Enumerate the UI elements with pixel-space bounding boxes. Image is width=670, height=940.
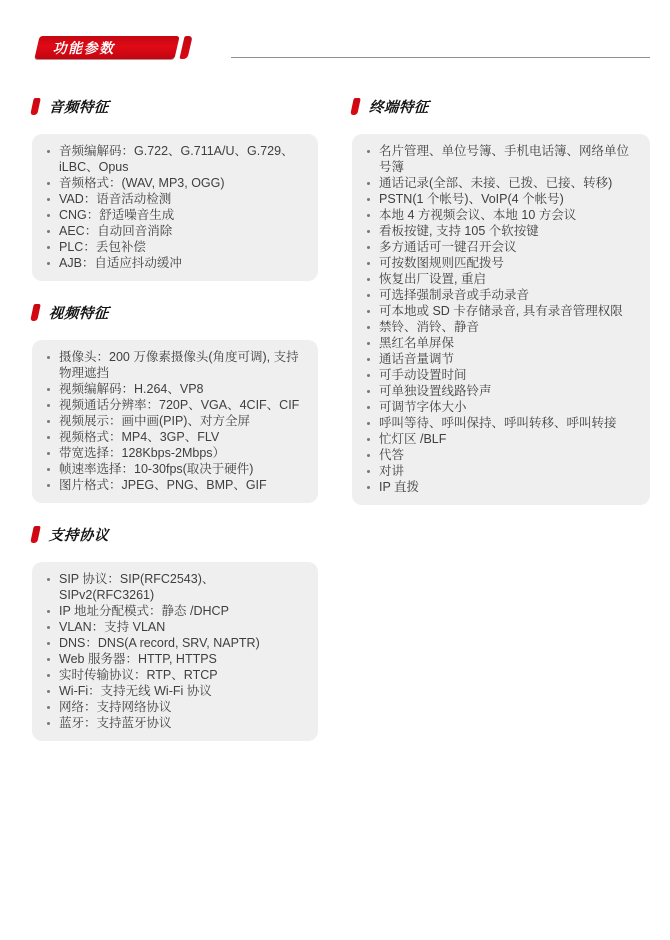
content-columns: 音频特征 音频编解码：G.722、G.711A/U、G.729、iLBC、Opu… [32,97,650,763]
header-divider [231,57,650,58]
page-title: 功能参数 [35,38,119,58]
section-terminal: 终端特征 名片管理、单位号簿、手机电话簿、网络单位号簿 [352,97,650,505]
bullet-icon [47,214,50,217]
bullet-icon [367,390,370,393]
list-item-text: 通话记录(全部、未接、已拨、已接、转移) [379,176,612,190]
list-item: 视频格式：MP4、3GP、FLV [44,429,306,445]
list-item: 音频格式：(WAV, MP3, OGG) [44,175,306,191]
bullet-icon [367,278,370,281]
list-item: 黑红名单屏保 [364,335,638,351]
bullet-icon [367,422,370,425]
bullet-icon [47,262,50,265]
video-feature-list: 摄像头：200 万像素摄像头(角度可调), 支持物理遮挡 视频编解码：H.264… [44,349,306,493]
section-title-protocol: 支持协议 [48,524,109,545]
list-item-text: Web 服务器：HTTP, HTTPS [59,652,217,666]
list-item-text: 可手动设置时间 [379,368,467,382]
list-item-text: 本地 4 方视频会议、本地 10 方会议 [379,208,576,222]
list-item-text: 可本地或 SD 卡存储录音, 具有录音管理权限 [379,304,623,318]
bullet-icon [47,642,50,645]
list-item: PSTN(1 个帐号)、VoIP(4 个帐号) [364,191,638,207]
banner-accent-icon [179,36,192,59]
red-bar-icon [30,526,41,543]
list-item: 带宽选择：128Kbps-2Mbps） [44,445,306,461]
bullet-icon [367,262,370,265]
list-item-text: AJB：自适应抖动缓冲 [59,256,182,270]
bullet-icon [367,182,370,185]
section-audio-header: 音频特征 [32,97,318,115]
list-item-text: 恢复出厂设置, 重启 [379,272,486,286]
list-item: 摄像头：200 万像素摄像头(角度可调), 支持物理遮挡 [44,349,306,381]
section-terminal-box: 名片管理、单位号簿、手机电话簿、网络单位号簿 通话记录(全部、未接、已拨、已接、… [352,134,650,505]
bullet-icon [47,182,50,185]
list-item: 呼叫等待、呼叫保持、呼叫转移、呼叫转接 [364,415,638,431]
bullet-icon [47,420,50,423]
bullet-icon [367,230,370,233]
bullet-icon [367,310,370,313]
bullet-icon [47,578,50,581]
list-item-text: 网络：支持网络协议 [59,700,172,714]
bullet-icon [47,198,50,201]
list-item-text: 代答 [379,448,404,462]
left-column: 音频特征 音频编解码：G.722、G.711A/U、G.729、iLBC、Opu… [32,97,318,763]
list-item-text: 图片格式：JPEG、PNG、BMP、GIF [59,478,267,492]
list-item-text: 蓝牙：支持蓝牙协议 [59,716,172,730]
list-item-text: 可单独设置线路铃声 [379,384,492,398]
list-item-text: 看板按键, 支持 105 个软按键 [379,224,539,238]
bullet-icon [367,486,370,489]
bullet-icon [47,150,50,153]
bullet-icon [367,438,370,441]
list-item-text: 视频格式：MP4、3GP、FLV [59,430,219,444]
list-item-text: VAD：语音活动检测 [59,192,171,206]
list-item: SIP 协议：SIP(RFC2543)、SIPv2(RFC3261) [44,571,306,603]
list-item-text: PLC：丢包补偿 [59,240,146,254]
list-item: 可手动设置时间 [364,367,638,383]
list-item: VLAN：支持 VLAN [44,619,306,635]
list-item-text: IP 直拨 [379,480,419,494]
bullet-icon [367,198,370,201]
list-item-text: AEC：自动回音消除 [59,224,172,238]
section-protocol-header: 支持协议 [32,525,318,543]
bullet-icon [47,246,50,249]
section-title-audio: 音频特征 [48,96,109,117]
bullet-icon [367,454,370,457]
section-protocol-box: SIP 协议：SIP(RFC2543)、SIPv2(RFC3261) IP 地址… [32,562,318,741]
list-item: 对讲 [364,463,638,479]
bullet-icon [47,626,50,629]
list-item: 帧速率选择：10-30fps(取决于硬件) [44,461,306,477]
list-item: AJB：自适应抖动缓冲 [44,255,306,271]
list-item-text: 忙灯区 /BLF [379,432,446,446]
section-title-video: 视频特征 [48,302,109,323]
list-item: 可单独设置线路铃声 [364,383,638,399]
list-item-text: 视频展示：画中画(PIP)、对方全屏 [59,414,250,428]
bullet-icon [47,690,50,693]
list-item-text: 帧速率选择：10-30fps(取决于硬件) [59,462,253,476]
list-item: 蓝牙：支持蓝牙协议 [44,715,306,731]
list-item: CNG：舒适噪音生成 [44,207,306,223]
list-item: 通话音量调节 [364,351,638,367]
list-item: 禁铃、消铃、静音 [364,319,638,335]
page-header: 功能参数 [32,36,650,59]
list-item: 可本地或 SD 卡存储录音, 具有录音管理权限 [364,303,638,319]
protocol-feature-list: SIP 协议：SIP(RFC2543)、SIPv2(RFC3261) IP 地址… [44,571,306,731]
section-video: 视频特征 摄像头：200 万像素摄像头(角度可调), 支持物理遮挡 [32,303,318,503]
list-item-text: 可调节字体大小 [379,400,467,414]
list-item-text: SIP 协议：SIP(RFC2543)、SIPv2(RFC3261) [59,572,214,602]
bullet-icon [367,326,370,329]
list-item-text: 对讲 [379,464,404,478]
list-item-text: IP 地址分配模式：静态 /DHCP [59,604,229,618]
red-bar-icon [350,98,361,115]
bullet-icon [47,722,50,725]
bullet-icon [367,214,370,217]
bullet-icon [47,230,50,233]
red-bar-icon [30,304,41,321]
list-item: 网络：支持网络协议 [44,699,306,715]
bullet-icon [47,468,50,471]
section-video-box: 摄像头：200 万像素摄像头(角度可调), 支持物理遮挡 视频编解码：H.264… [32,340,318,503]
bullet-icon [47,674,50,677]
list-item: Web 服务器：HTTP, HTTPS [44,651,306,667]
bullet-icon [47,610,50,613]
right-column: 终端特征 名片管理、单位号簿、手机电话簿、网络单位号簿 [352,97,650,763]
list-item: AEC：自动回音消除 [44,223,306,239]
bullet-icon [47,484,50,487]
list-item-text: VLAN：支持 VLAN [59,620,165,634]
list-item: PLC：丢包补偿 [44,239,306,255]
bullet-icon [367,150,370,153]
list-item-text: 摄像头：200 万像素摄像头(角度可调), 支持物理遮挡 [59,350,299,380]
bullet-icon [47,404,50,407]
bullet-icon [367,470,370,473]
bullet-icon [367,342,370,345]
bullet-icon [47,356,50,359]
list-item: 通话记录(全部、未接、已拨、已接、转移) [364,175,638,191]
bullet-icon [47,388,50,391]
list-item-text: 带宽选择：128Kbps-2Mbps） [59,446,225,460]
list-item: 名片管理、单位号簿、手机电话簿、网络单位号簿 [364,143,638,175]
audio-feature-list: 音频编解码：G.722、G.711A/U、G.729、iLBC、Opus 音频格… [44,143,306,271]
list-item-text: 音频编解码：G.722、G.711A/U、G.729、iLBC、Opus [59,144,294,174]
list-item-text: 视频通话分辨率：720P、VGA、4CIF、CIF [59,398,299,412]
list-item: 本地 4 方视频会议、本地 10 方会议 [364,207,638,223]
list-item: 多方通话可一键召开会议 [364,239,638,255]
list-item-text: 通话音量调节 [379,352,454,366]
list-item: 音频编解码：G.722、G.711A/U、G.729、iLBC、Opus [44,143,306,175]
list-item: 视频通话分辨率：720P、VGA、4CIF、CIF [44,397,306,413]
list-item: 视频编解码：H.264、VP8 [44,381,306,397]
section-title-terminal: 终端特征 [368,96,429,117]
list-item: 恢复出厂设置, 重启 [364,271,638,287]
section-audio-box: 音频编解码：G.722、G.711A/U、G.729、iLBC、Opus 音频格… [32,134,318,281]
list-item: 忙灯区 /BLF [364,431,638,447]
datasheet-page: 功能参数 音频特征 音频编解码：G.722、G.711A/U、G. [0,0,670,940]
list-item-text: DNS：DNS(A record, SRV, NAPTR) [59,636,260,650]
list-item-text: 多方通话可一键召开会议 [379,240,517,254]
bullet-icon [367,294,370,297]
section-audio: 音频特征 音频编解码：G.722、G.711A/U、G.729、iLBC、Opu… [32,97,318,281]
list-item: 实时传输协议：RTP、RTCP [44,667,306,683]
list-item-text: 可选择强制录音或手动录音 [379,288,529,302]
bullet-icon [367,358,370,361]
list-item-text: 实时传输协议：RTP、RTCP [59,668,218,682]
list-item: IP 直拨 [364,479,638,495]
list-item: Wi-Fi：支持无线 Wi-Fi 协议 [44,683,306,699]
title-banner: 功能参数 [34,36,179,59]
bullet-icon [367,246,370,249]
section-terminal-header: 终端特征 [352,97,650,115]
bullet-icon [47,658,50,661]
bullet-icon [367,374,370,377]
list-item: 可选择强制录音或手动录音 [364,287,638,303]
list-item: IP 地址分配模式：静态 /DHCP [44,603,306,619]
list-item: 可按数图规则匹配拨号 [364,255,638,271]
list-item-text: PSTN(1 个帐号)、VoIP(4 个帐号) [379,192,564,206]
list-item-text: 视频编解码：H.264、VP8 [59,382,203,396]
bullet-icon [47,452,50,455]
list-item: 视频展示：画中画(PIP)、对方全屏 [44,413,306,429]
list-item: 看板按键, 支持 105 个软按键 [364,223,638,239]
list-item: 可调节字体大小 [364,399,638,415]
list-item-text: 音频格式：(WAV, MP3, OGG) [59,176,225,190]
list-item-text: 名片管理、单位号簿、手机电话簿、网络单位号簿 [379,144,629,174]
list-item-text: 禁铃、消铃、静音 [379,320,479,334]
section-protocol: 支持协议 SIP 协议：SIP(RFC2543)、SIPv2(RFC3261) [32,525,318,741]
section-video-header: 视频特征 [32,303,318,321]
list-item-text: CNG：舒适噪音生成 [59,208,174,222]
red-bar-icon [30,98,41,115]
list-item-text: 可按数图规则匹配拨号 [379,256,504,270]
list-item: VAD：语音活动检测 [44,191,306,207]
list-item-text: Wi-Fi：支持无线 Wi-Fi 协议 [59,684,212,698]
list-item: DNS：DNS(A record, SRV, NAPTR) [44,635,306,651]
terminal-feature-list: 名片管理、单位号簿、手机电话簿、网络单位号簿 通话记录(全部、未接、已拨、已接、… [364,143,638,495]
bullet-icon [47,706,50,709]
list-item-text: 呼叫等待、呼叫保持、呼叫转移、呼叫转接 [379,416,617,430]
bullet-icon [367,406,370,409]
list-item: 代答 [364,447,638,463]
bullet-icon [47,436,50,439]
list-item: 图片格式：JPEG、PNG、BMP、GIF [44,477,306,493]
list-item-text: 黑红名单屏保 [379,336,454,350]
